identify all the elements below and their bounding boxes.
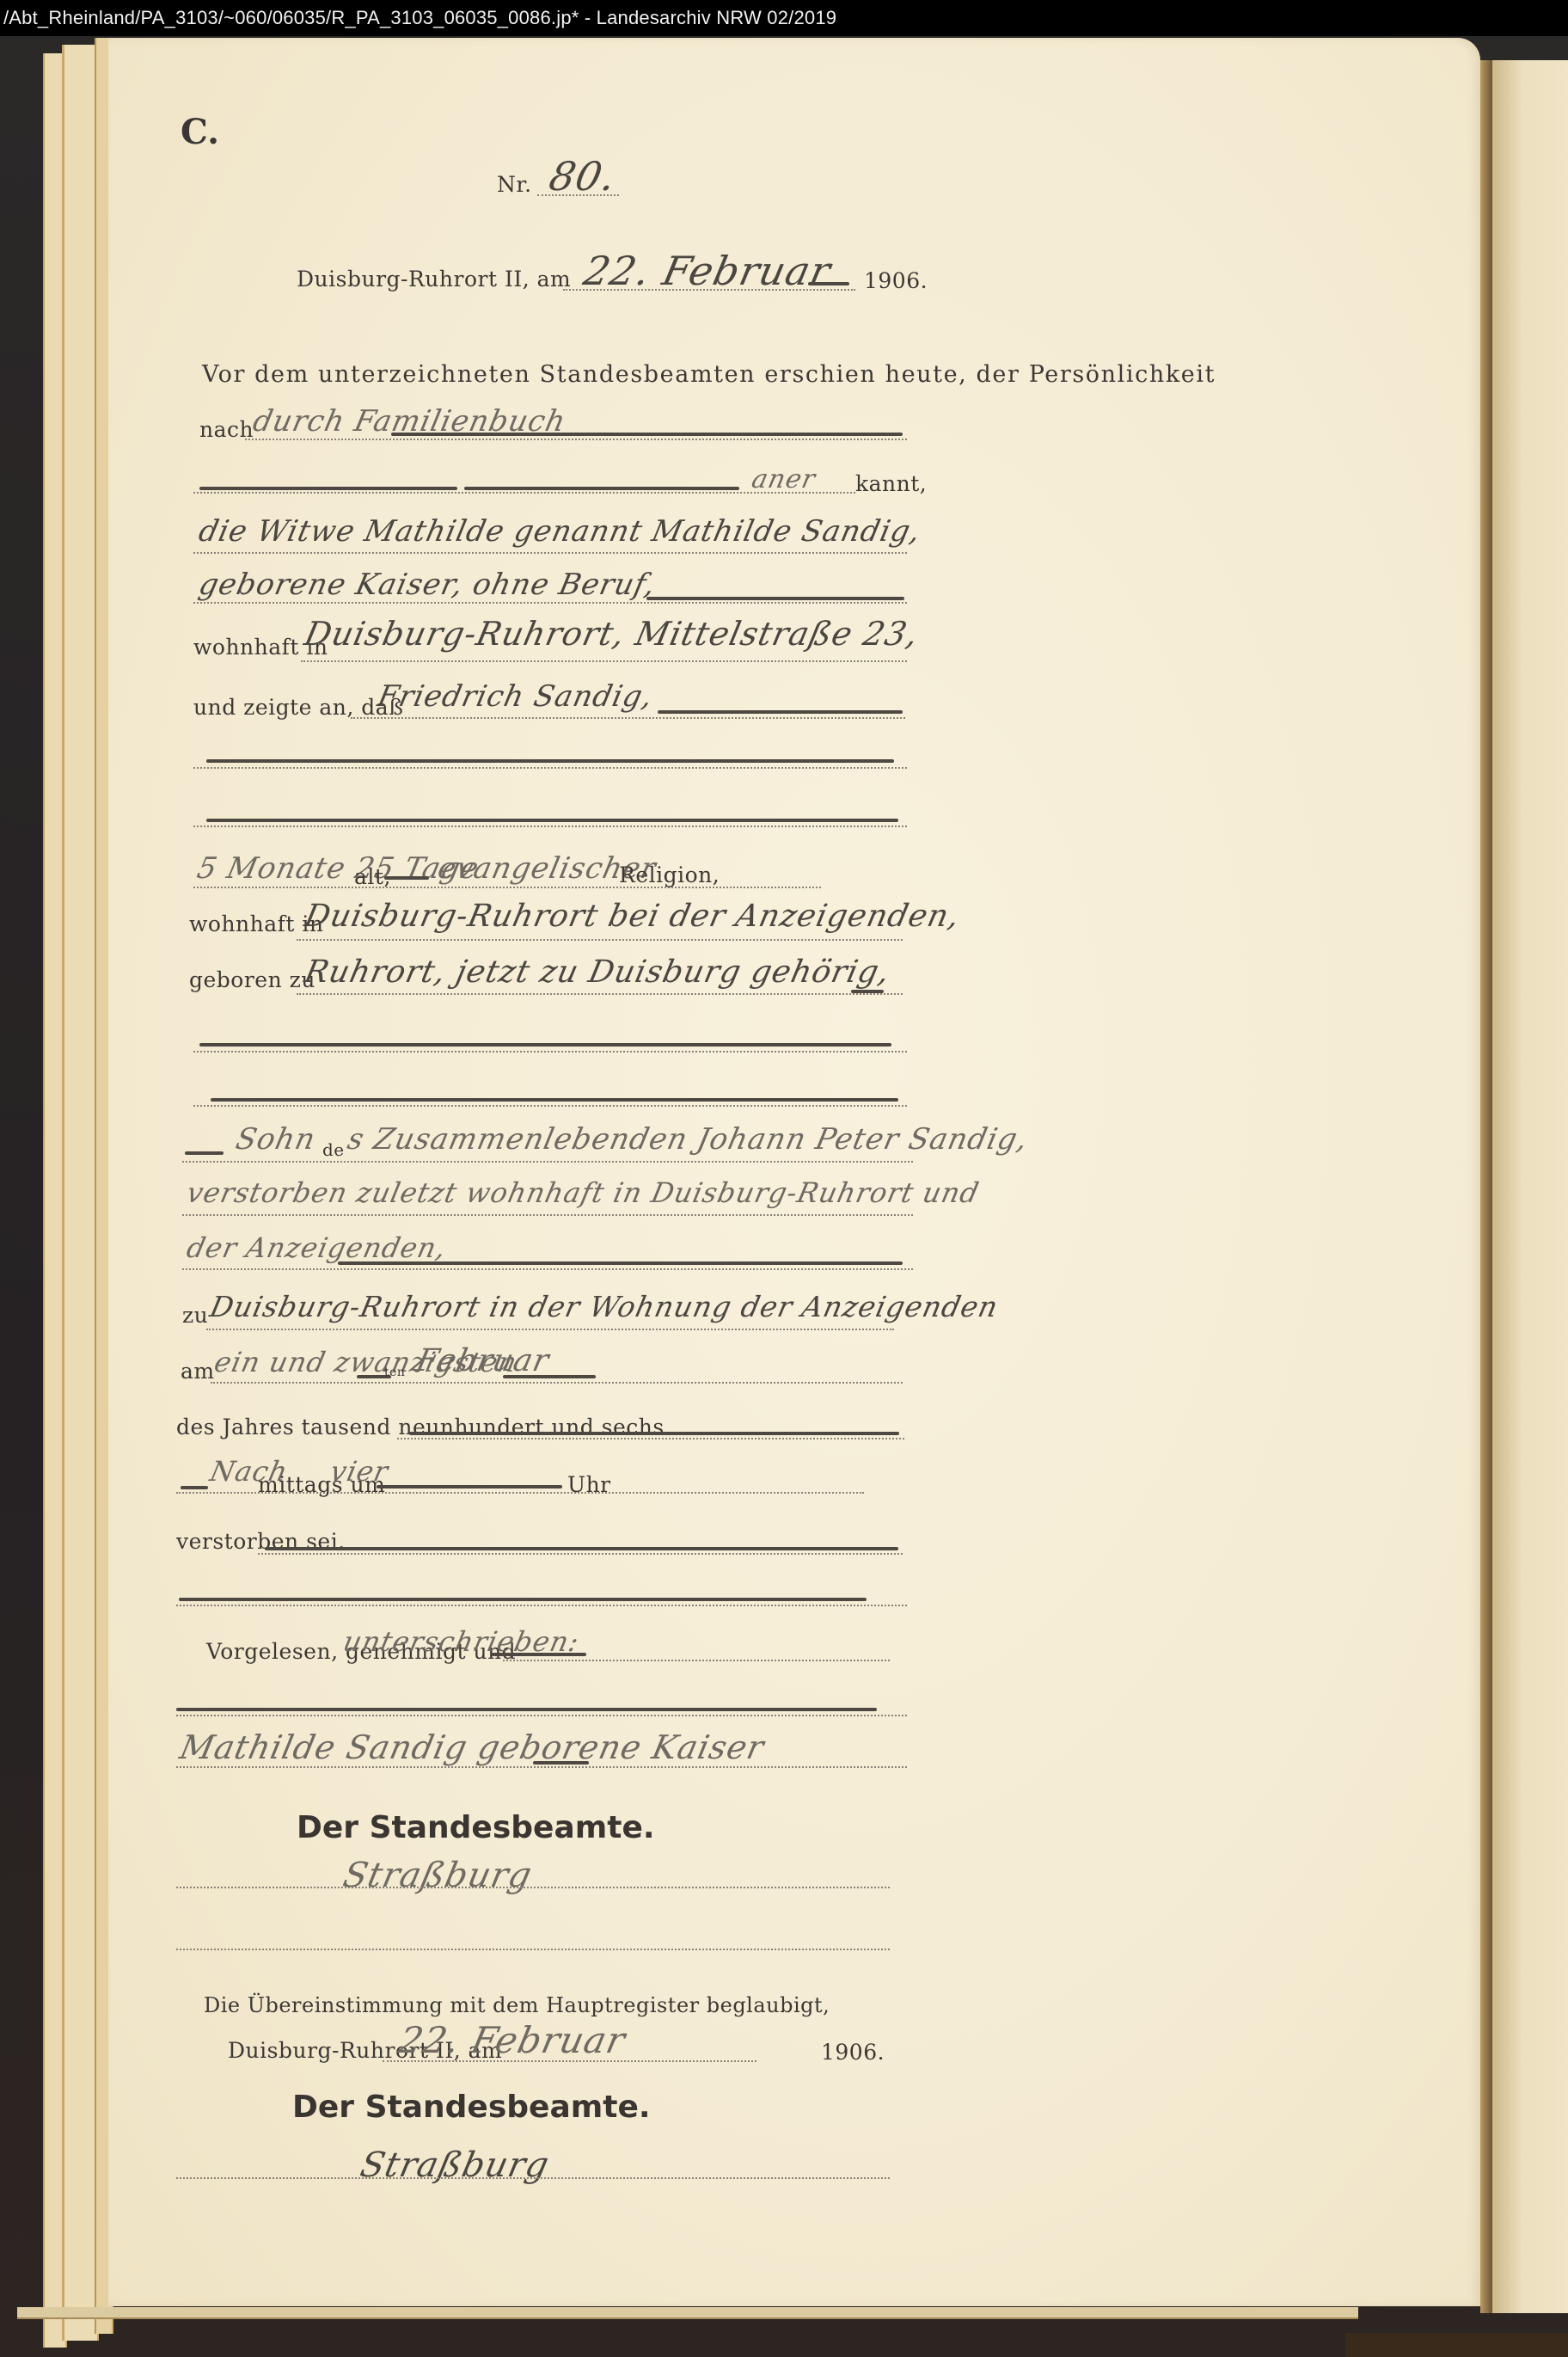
certification-date: 22. Februar [395,2019,629,2061]
dots-line [193,1105,907,1107]
filler-rule [265,1547,898,1550]
filler-rule [181,1486,208,1489]
dots-line [301,660,907,662]
dots-line [297,939,903,941]
dots-line [176,1766,907,1768]
uhr-label: Uhr [567,1472,611,1497]
official-signature-2: Straßburg [357,2145,553,2185]
deceased-residence: Duisburg-Ruhrort bei der Anzeigenden, [302,899,964,934]
number-label: Nr. [497,172,532,197]
death-place: Duisburg-Ruhrort in der Wohnung der Anze… [207,1290,1001,1323]
known-suffix-hand: aner [749,464,818,494]
filler-rule [646,597,904,600]
filler-rule [199,487,457,490]
known-suffix: kannt, [855,471,927,496]
death-place-label: zu [182,1303,208,1328]
dots-line [206,1329,894,1330]
registration-year: 1906. [864,268,928,293]
dots-line [193,826,907,827]
death-record-form: C. Nr. 80. Duisburg-Ruhrort II, am 22. F… [0,0,1568,2357]
known-by-dots [245,439,907,440]
death-hour: vier [328,1455,392,1488]
dots-line [193,602,907,604]
religion-label: Religion, [619,862,720,887]
deceased-name: Friedrich Sandig, [375,679,657,714]
official-title-2: Der Standesbeamte. [292,2090,651,2125]
filler-rule [176,1708,877,1711]
dots-line [351,717,905,719]
record-number: 80. [545,153,621,199]
death-year-line: des Jahres tausend neunhundert und sechs [176,1415,665,1439]
death-month: Februar [413,1343,553,1378]
parents-line-3: der Anzeigenden, [184,1231,450,1264]
filler-rule [409,1432,899,1435]
dots-line [176,1887,890,1888]
dots-line [503,1660,890,1661]
dots-line [176,1949,890,1950]
certification-year: 1906. [821,2040,885,2065]
filler-rule [464,487,739,490]
filler-rule [179,1598,867,1601]
filler-rule [338,1261,903,1265]
filler-rule [391,433,903,436]
parents-line-1: s Zusammenlebenden Johann Peter Sandig, [345,1122,1032,1157]
dots-line [176,1605,907,1606]
dots-line [176,2177,890,2179]
filler-rule [199,1043,891,1047]
death-date-label: am [181,1359,215,1384]
dots-line [182,1214,913,1216]
filler-rule [658,710,903,714]
official-signature: Straßburg [340,1856,536,1895]
section-letter: C. [181,112,219,152]
intro-line: Vor dem unterzeichneten Standesbeamten e… [202,361,1216,388]
filler-rule [851,990,884,993]
dots-line [193,1051,907,1053]
informant-line-1: die Witwe Mathilde genannt Mathilde Sand… [196,514,924,549]
filler-rule [503,1375,596,1378]
filler-rule [533,1761,589,1765]
informant-signature: Mathilde Sandig geborene Kaiser [176,1728,768,1766]
informant-residence: Duisburg-Ruhrort, Mittelstraße 23, [301,615,922,653]
dots-line [211,1382,903,1384]
dots-line [176,1715,907,1716]
certification-line: Die Übereinstimmung mit dem Hauptregiste… [204,1993,830,2017]
birthplace-label: geboren zu [189,967,315,992]
birthplace: Ruhrort, jetzt zu Duisburg gehörig, [302,954,893,990]
filler-rule [211,1098,898,1102]
relation-printed: de [322,1139,345,1160]
dots-line [193,767,907,769]
dots-line [182,1268,913,1270]
dots-line [397,1438,904,1439]
announced-label: und zeigte an, daß [193,695,403,720]
filler-rule [492,1653,586,1656]
filler-rule [206,819,898,822]
filler-rule [185,1151,224,1155]
ten-label: ten [384,1366,405,1379]
dots-line [258,1553,903,1555]
dots-line [193,552,907,554]
parents-line-2: verstorben zuletzt wohnhaft in Duisburg-… [184,1176,983,1209]
registration-date: 22. Februar [579,248,835,294]
filler-rule [206,759,894,763]
dots-line [193,887,821,888]
official-title: Der Standesbeamte. [297,1810,655,1845]
dots-line [297,993,903,995]
relation-hand: Sohn [233,1122,319,1157]
dots-line [182,1161,913,1163]
place-label: Duisburg-Ruhrort II, am [297,267,571,292]
informant-line-2: geborene Kaiser, ohne Beruf, [196,568,659,602]
filler-rule [808,282,849,285]
filler-rule [384,876,429,880]
filler-rule [377,1485,562,1488]
